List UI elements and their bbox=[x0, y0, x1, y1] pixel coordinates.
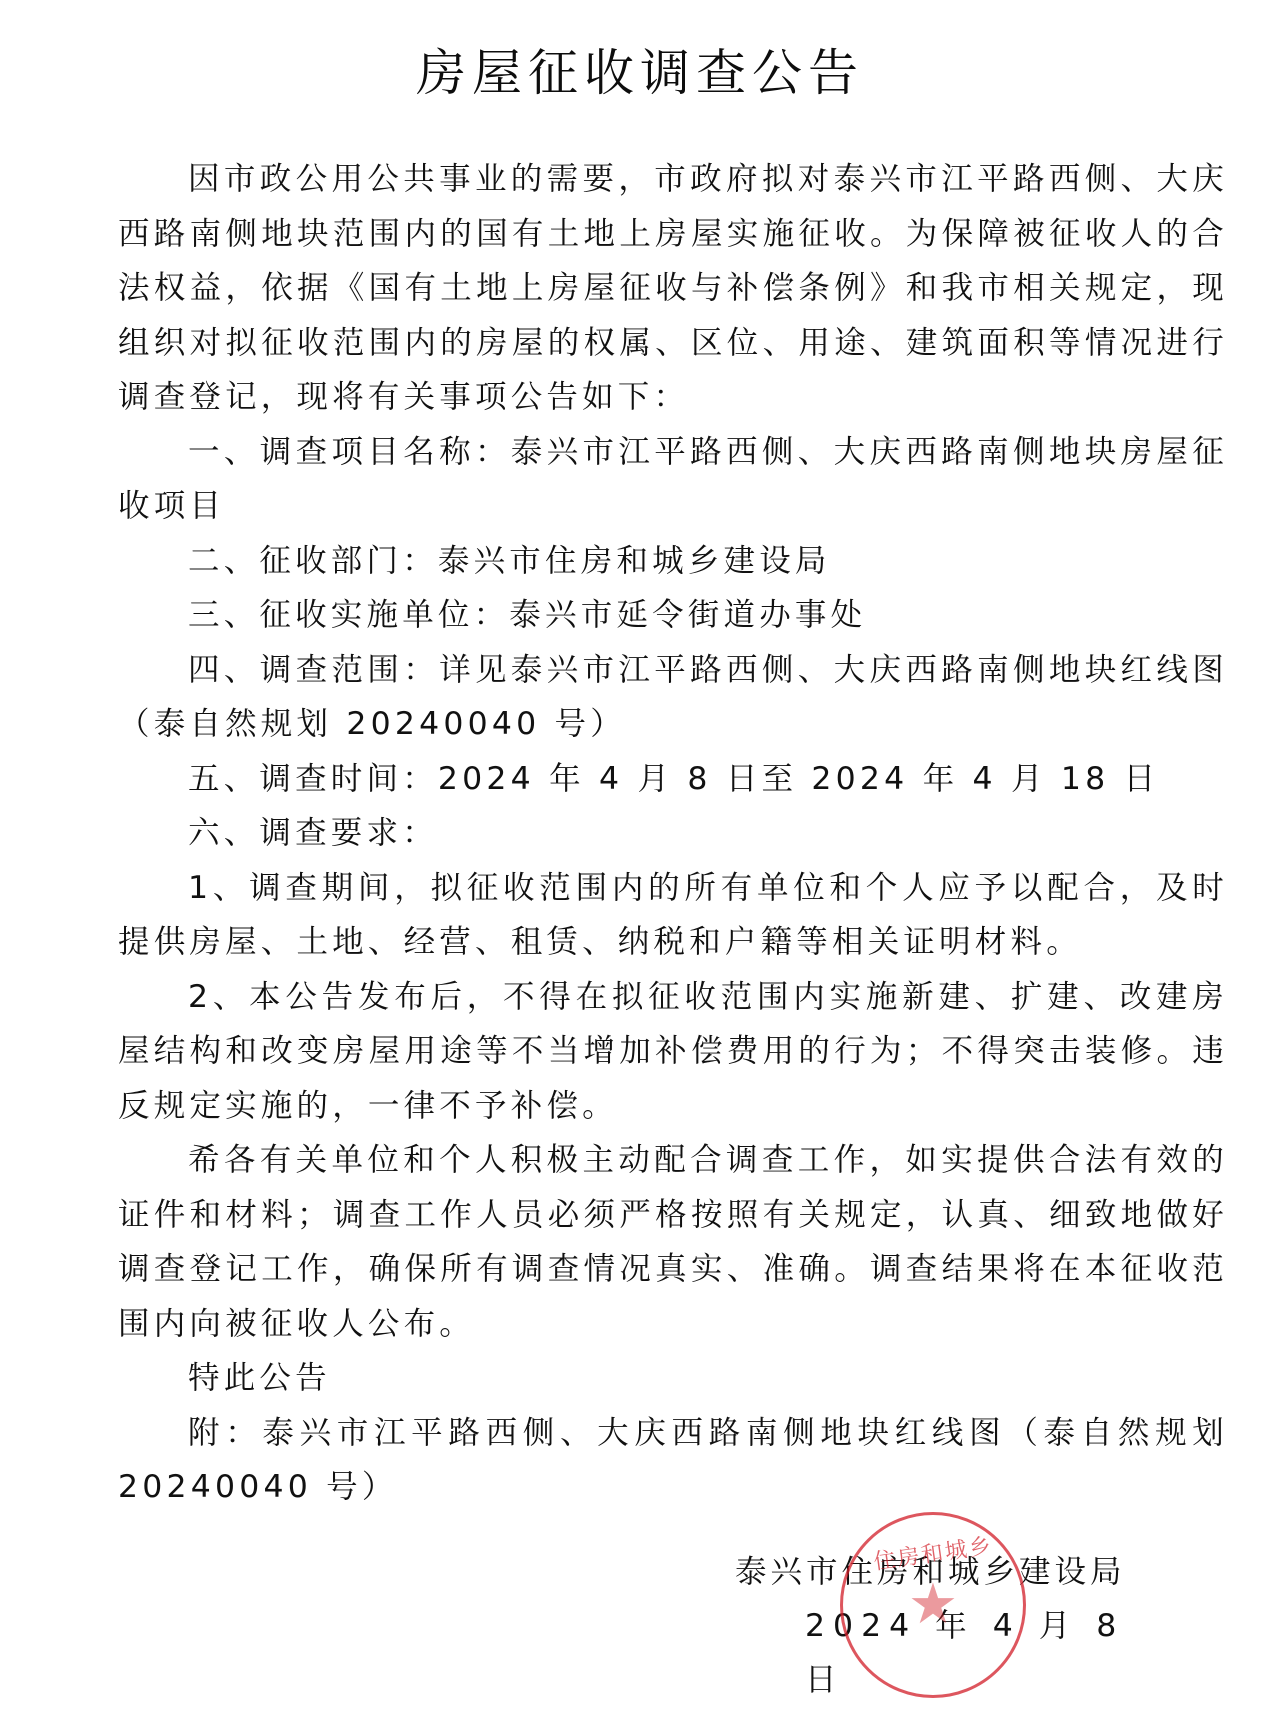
signature-block: 泰兴市住房和城乡建设局 2024 年 4 月 8 日 bbox=[735, 1545, 1155, 1707]
item-department: 二、征收部门：泰兴市住房和城乡建设局 bbox=[118, 534, 1228, 589]
item-project-name: 一、调查项目名称：泰兴市江平路西侧、大庆西路南侧地块房屋征收项目 bbox=[118, 425, 1228, 534]
page-title: 房屋征收调查公告 bbox=[0, 38, 1280, 108]
closing-formula: 特此公告 bbox=[118, 1351, 1228, 1406]
requirement-1: 1、调查期间，拟征收范围内的所有单位和个人应予以配合，及时提供房屋、土地、经营、… bbox=[118, 861, 1228, 970]
item-implementing-unit: 三、征收实施单位：泰兴市延令街道办事处 bbox=[118, 588, 1228, 643]
item-survey-scope: 四、调查范围：详见泰兴市江平路西侧、大庆西路南侧地块红线图（泰自然规划 2024… bbox=[118, 643, 1228, 752]
item-survey-time: 五、调查时间：2024 年 4 月 8 日至 2024 年 4 月 18 日 bbox=[118, 752, 1228, 807]
intro-paragraph: 因市政公用公共事业的需要，市政府拟对泰兴市江平路西侧、大庆西路南侧地块范围内的国… bbox=[118, 152, 1228, 425]
closing-paragraph: 希各有关单位和个人积极主动配合调查工作，如实提供合法有效的证件和材料；调查工作人… bbox=[118, 1133, 1228, 1351]
requirement-2: 2、本公告发布后，不得在拟征收范围内实施新建、扩建、改建房屋结构和改变房屋用途等… bbox=[118, 970, 1228, 1134]
attachment-note: 附：泰兴市江平路西侧、大庆西路南侧地块红线图（泰自然规划 20240040 号） bbox=[118, 1406, 1228, 1515]
issue-date: 2024 年 4 月 8 日 bbox=[735, 1599, 1155, 1707]
item-survey-requirements: 六、调查要求： bbox=[118, 806, 1228, 861]
issuing-organization: 泰兴市住房和城乡建设局 bbox=[735, 1545, 1155, 1599]
notice-body: 因市政公用公共事业的需要，市政府拟对泰兴市江平路西侧、大庆西路南侧地块范围内的国… bbox=[118, 152, 1228, 1515]
